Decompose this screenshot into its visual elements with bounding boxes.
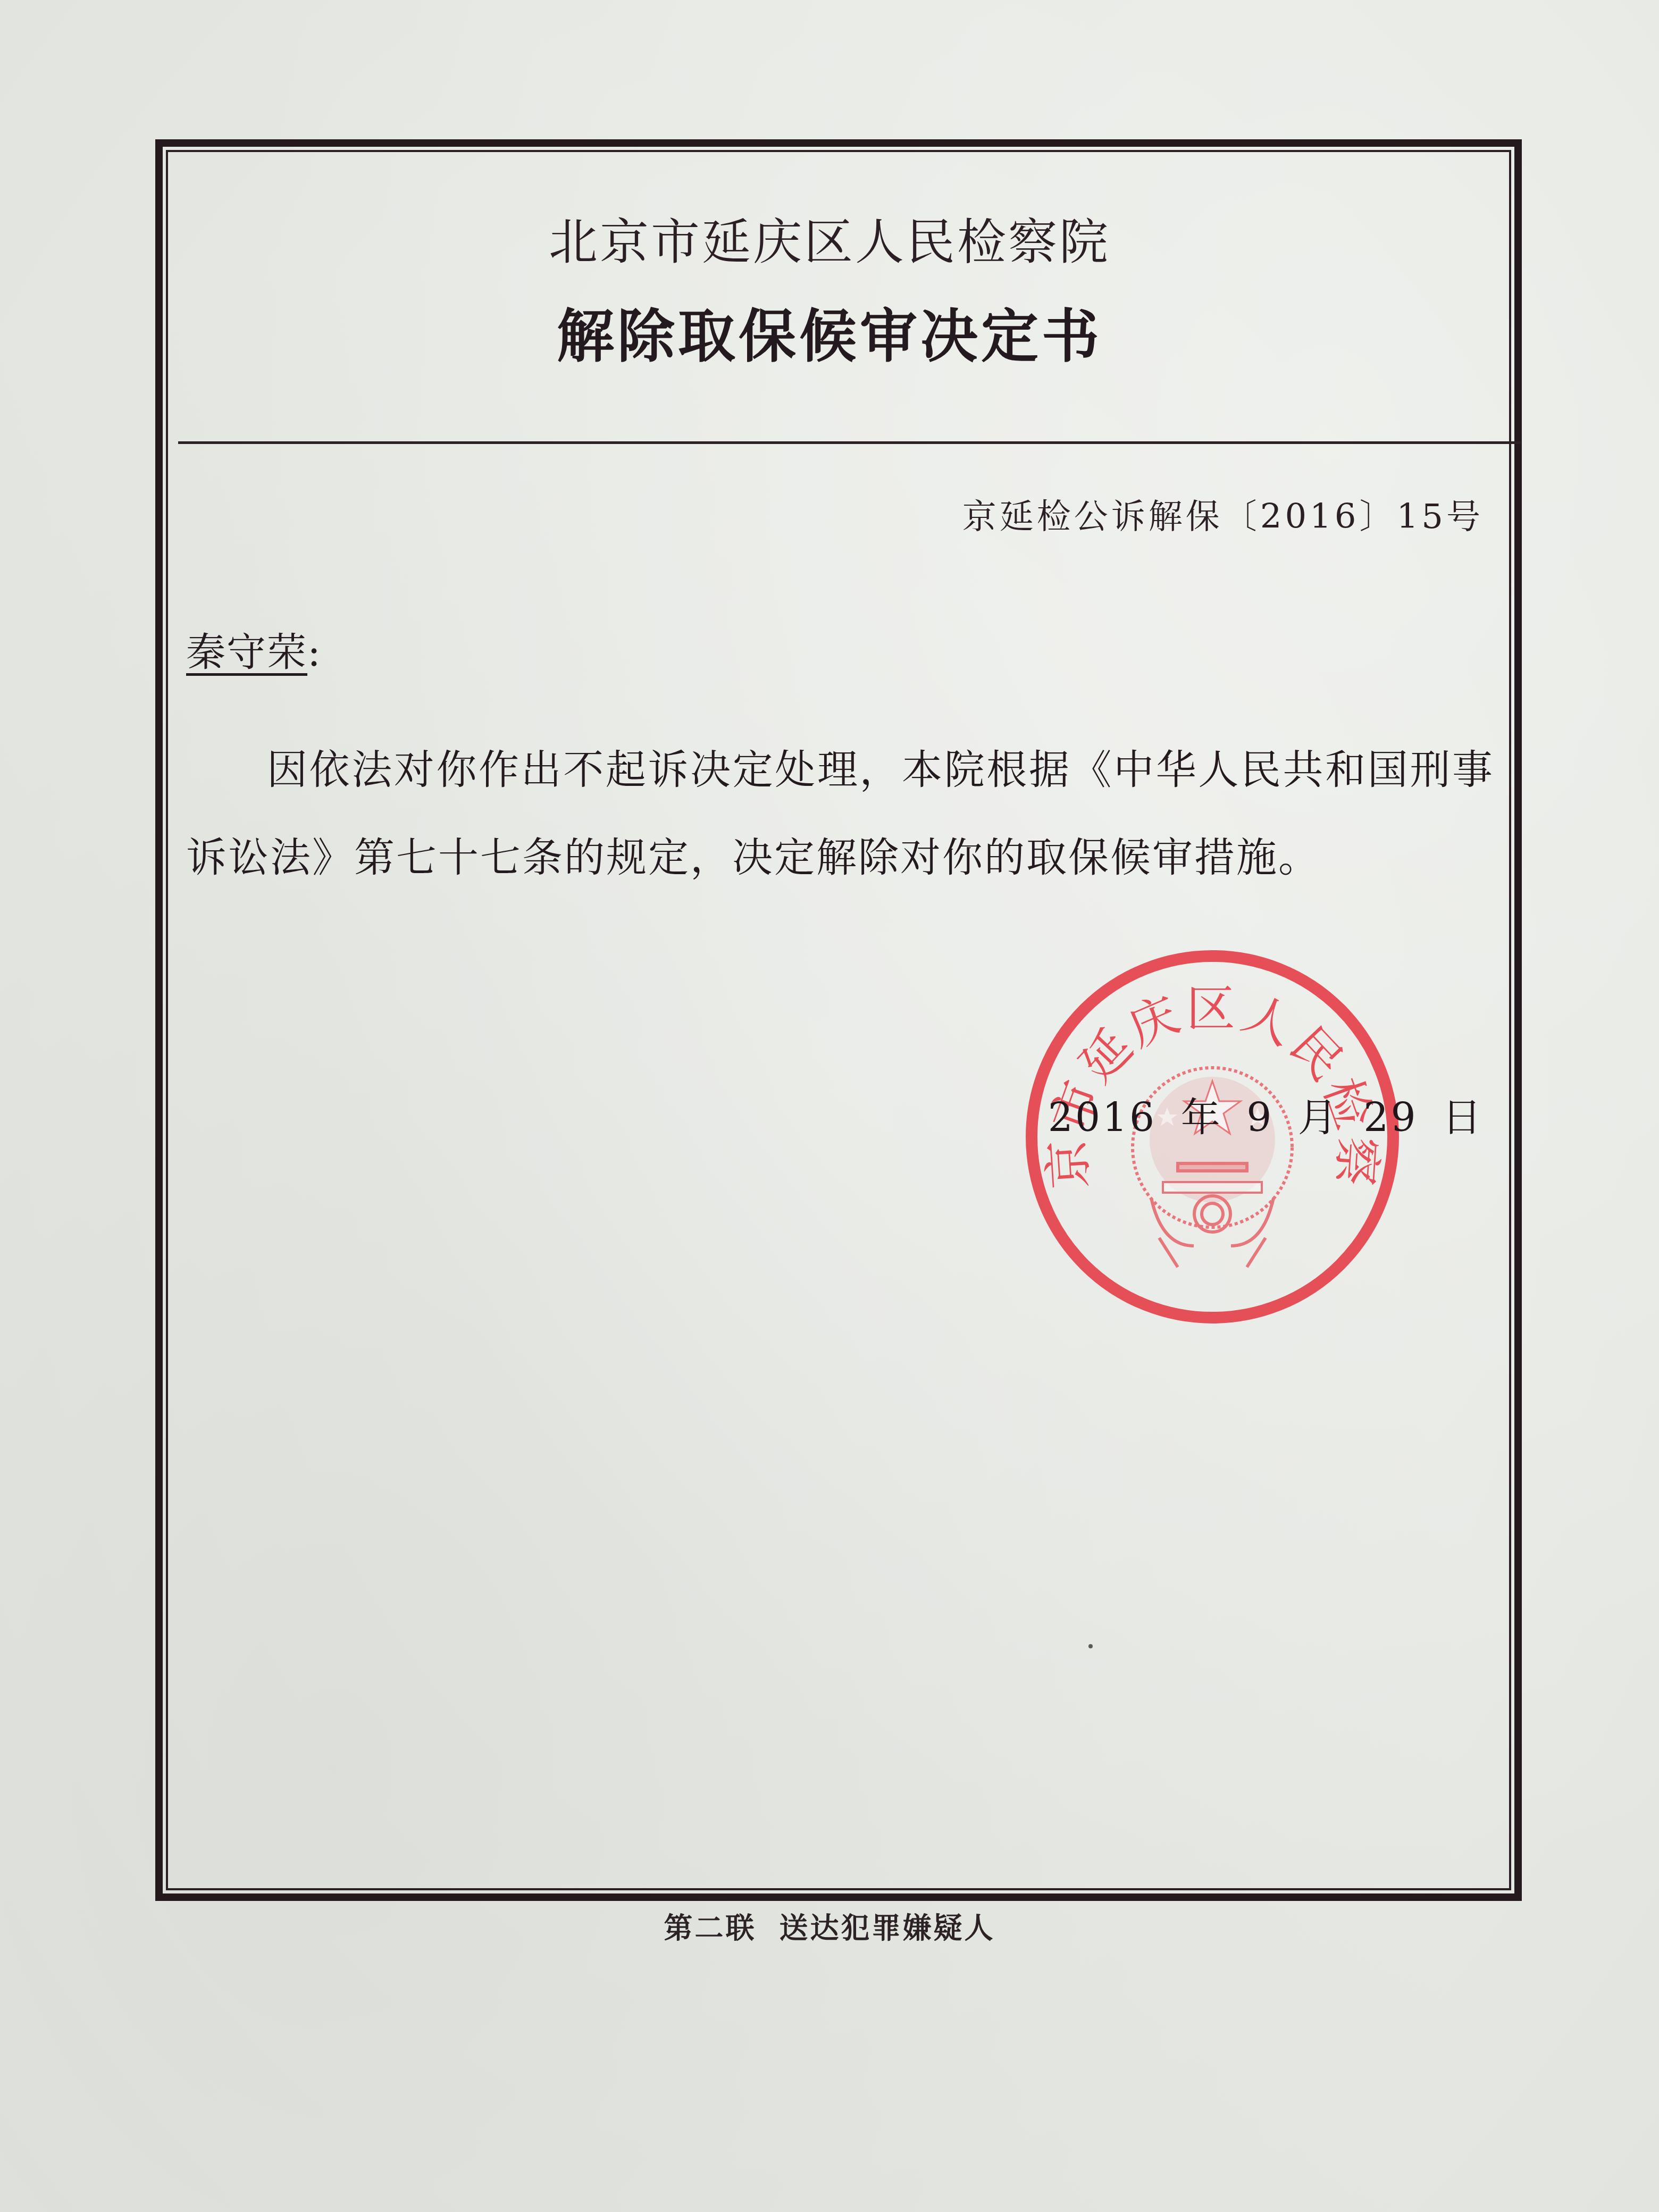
paper-speck: [1088, 1644, 1093, 1648]
issue-date: 2016 年 9 月 29 日: [1048, 1098, 1484, 1137]
copy-label: 第二联 送达犯罪嫌疑人: [0, 1914, 1659, 1943]
recipient-colon: :: [307, 630, 322, 675]
recipient-name: 秦守荣: [186, 630, 307, 675]
issuing-organization: 北京市延庆区人民检察院: [0, 218, 1659, 267]
document-title: 解除取保候审决定书: [0, 308, 1659, 366]
header-divider: [178, 441, 1521, 444]
document-number: 京延检公诉解保〔2016〕15号: [962, 500, 1484, 534]
decision-body-text: 因依法对你作出不起诉决定处理，本院根据《中华人民共和国刑事诉讼法》第七十七条的规…: [186, 726, 1494, 901]
recipient-line: 秦守荣:: [186, 633, 322, 672]
